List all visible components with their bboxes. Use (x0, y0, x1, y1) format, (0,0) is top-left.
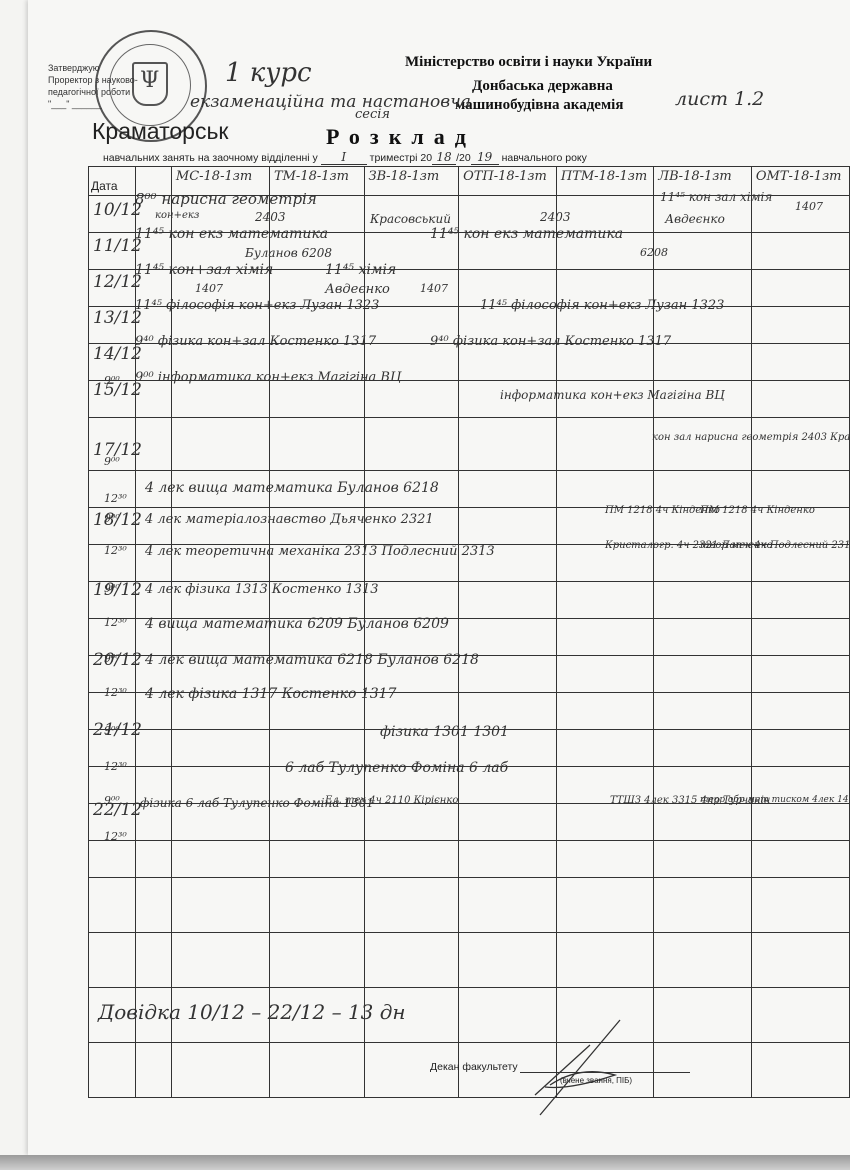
schedule-cell (751, 381, 849, 418)
schedule-cell (654, 878, 752, 933)
time-cell (136, 1043, 171, 1098)
schedule-entry: 2403 (540, 210, 571, 224)
schedule-entry: 1407 (420, 282, 448, 295)
university-line2: машинобудівна академія (455, 97, 623, 114)
university-line1: Донбаська державна (472, 78, 613, 95)
schedule-entry: кон+екз (155, 210, 199, 221)
schedule-cell (556, 841, 653, 878)
sheet-number: лист 1.2 (675, 88, 764, 110)
schedule-cell (654, 693, 752, 730)
schedule-cell (654, 344, 752, 381)
time-label: 9⁰⁰ (104, 455, 120, 468)
schedule-cell (364, 381, 459, 418)
schedule-cell (171, 381, 269, 418)
schedule-cell (459, 344, 557, 381)
table-row (89, 878, 850, 933)
schedule-cell (171, 841, 269, 878)
table-row (89, 933, 850, 988)
schedule-entry: 1407 (795, 200, 823, 213)
schedule-cell (751, 730, 849, 767)
trimester-value: I (321, 150, 367, 165)
schedule-entry: теор обр мет тиском 4лек 1419 4пр Абкарі (700, 795, 850, 805)
schedule-entry: 2403 (255, 210, 286, 224)
schedule-cell (364, 418, 459, 471)
schedule-cell (751, 933, 849, 988)
schedule-cell (459, 878, 557, 933)
schedule-cell (364, 841, 459, 878)
schedule-cell (364, 878, 459, 933)
document-title: Розклад (326, 124, 476, 150)
schedule-entry: 4 лек матеріалознавство Дьяченко 2321 (145, 512, 434, 527)
table-row (89, 381, 850, 418)
schedule-entry: 6208 (640, 246, 668, 259)
schedule-cell (751, 804, 849, 841)
schedule-cell (654, 656, 752, 693)
schedule-entry: 11⁴⁵ кон екз математика (430, 226, 623, 242)
schedule-entry: 8⁰⁰ нарисна геометрія (135, 190, 317, 208)
schedule-cell (171, 730, 269, 767)
schedule-cell (654, 1043, 752, 1098)
dean-signature (520, 1015, 630, 1125)
year-to: 19 (471, 150, 499, 165)
schedule-cell (751, 471, 849, 508)
schedule-cell (556, 656, 653, 693)
schedule-cell (459, 471, 557, 508)
schedule-cell (654, 841, 752, 878)
schedule-cell (364, 933, 459, 988)
time-cell (136, 841, 171, 878)
schedule-cell (654, 730, 752, 767)
time-label: 9⁰⁰ (104, 582, 120, 595)
schedule-cell (459, 841, 557, 878)
schedule-entry: 1407 (195, 282, 223, 295)
schedule-cell (654, 582, 752, 619)
schedule-cell (654, 418, 752, 471)
schedule-cell (654, 471, 752, 508)
schedule-entry: 11⁴⁵ філософія кон+екз Лузан 1323 (135, 298, 379, 313)
schedule-entry: 11⁴⁵ кон+зал хімія (135, 262, 273, 278)
schedule-cell (751, 307, 849, 344)
year-from: 18 (432, 150, 456, 165)
schedule-cell (751, 233, 849, 270)
schedule-cell (654, 619, 752, 656)
schedule-cell (364, 804, 459, 841)
time-cell (136, 933, 171, 988)
schedule-cell (654, 233, 752, 270)
schedule-cell (459, 619, 557, 656)
schedule-cell (556, 619, 653, 656)
schedule-entry: 4 вища математика 6209 Буланов 6209 (145, 616, 449, 632)
time-label: 12³⁰ (104, 760, 127, 773)
table-row (89, 418, 850, 471)
schedule-cell (751, 988, 849, 1043)
time-label: 12³⁰ (104, 830, 127, 843)
session-label-2: сесія (355, 107, 390, 122)
summary-note: Довідка 10/12 – 22/12 – 13 дн (98, 1000, 406, 1024)
ministry-name: Міністерство освіти і науки України (405, 54, 652, 71)
schedule-entry: 11⁴⁵ кон зал хімія (660, 190, 772, 204)
document-subtitle: навчальних занять на заочному відділенні… (103, 150, 587, 165)
schedule-entry: фізика 1301 1301 (380, 724, 509, 740)
schedule-entry: 4 лек вища математика Буланов 6218 (145, 480, 439, 496)
time-cell (136, 878, 171, 933)
date-cell (89, 933, 136, 988)
approval-block: Затверджую Проректор з науково- педагогі… (48, 62, 138, 110)
schedule-entry: Авдеєнко (325, 282, 390, 297)
time-label: 9⁰⁰ (104, 512, 120, 525)
schedule-entry: 9⁰⁰ інформатика кон+екз Магігіна ВЦ (135, 370, 401, 385)
schedule-entry: 11⁴⁵ кон екз математика (135, 226, 328, 242)
time-label: 9⁰⁰ (104, 374, 120, 387)
time-label: 12³⁰ (104, 544, 127, 557)
schedule-entry: інформатика кон+екз Магігіна ВЦ (500, 388, 725, 402)
schedule-cell (171, 418, 269, 471)
date-cell (89, 1043, 136, 1098)
schedule-entry: Буланов 6208 (245, 246, 332, 260)
schedule-entry: 11⁴⁵ хімія (325, 262, 396, 278)
date-cell (89, 841, 136, 878)
schedule-cell (171, 933, 269, 988)
schedule-cell (751, 841, 849, 878)
schedule-cell (459, 418, 557, 471)
date-cell (89, 878, 136, 933)
scan-edge (0, 1155, 850, 1170)
schedule-entry: 4 лек вища математика 6218 Буланов 6218 (145, 652, 479, 668)
schedule-cell (556, 933, 653, 988)
schedule-cell (556, 344, 653, 381)
group-header: ПТМ-18-1зт (556, 167, 653, 196)
schedule-cell (751, 344, 849, 381)
schedule-cell (171, 878, 269, 933)
group-header: ЗВ-18-1зт (364, 167, 459, 196)
schedule-entry: Красовський (370, 212, 451, 226)
schedule-entry: теор мех 4ч Подлесний 2313 (700, 540, 850, 551)
schedule-cell (459, 582, 557, 619)
schedule-cell (556, 878, 653, 933)
schedule-entry: 4 лек фізика 1317 Костенко 1317 (145, 686, 396, 702)
schedule-entry: 4 лек теоретична механіка 2313 Подлесний… (145, 544, 495, 559)
schedule-cell (751, 270, 849, 307)
schedule-cell (269, 1043, 364, 1098)
schedule-cell (556, 804, 653, 841)
schedule-cell (556, 418, 653, 471)
schedule-cell (171, 1043, 269, 1098)
schedule-cell (751, 418, 849, 471)
schedule-cell (654, 988, 752, 1043)
time-label: 12³⁰ (104, 616, 127, 629)
table-row (89, 841, 850, 878)
schedule-entry: 11⁴⁵ філософія кон+екз Лузан 1323 (480, 298, 724, 313)
schedule-cell (269, 878, 364, 933)
schedule-cell (654, 933, 752, 988)
schedule-cell (269, 418, 364, 471)
schedule-cell (751, 656, 849, 693)
session-label: екзаменаційна та настановча (190, 92, 471, 112)
schedule-cell (459, 933, 557, 988)
schedule-cell (556, 730, 653, 767)
time-label: 9⁰⁰ (104, 652, 120, 665)
schedule-entry: ПМ 1218 4ч Кінденко (700, 505, 815, 516)
time-label: 9⁰⁰ (104, 724, 120, 737)
schedule-cell (556, 582, 653, 619)
schedule-cell (459, 508, 557, 545)
schedule-entry: 9⁴⁰ фізика кон+зал Костенко 1317 (135, 334, 376, 349)
date-column-header: Дата (89, 167, 136, 196)
schedule-cell (269, 933, 364, 988)
schedule-cell (751, 582, 849, 619)
schedule-cell (751, 619, 849, 656)
schedule-cell (751, 878, 849, 933)
time-label: 12³⁰ (104, 686, 127, 699)
schedule-cell (459, 804, 557, 841)
schedule-entry: 9⁴⁰ фізика кон+зал Костенко 1317 (430, 334, 671, 349)
time-label: 9⁰⁰ (104, 794, 120, 807)
schedule-entry: Ел. тех 4ч 2110 Кірієнко (325, 795, 458, 806)
schedule-cell (751, 1043, 849, 1098)
course-label: 1 курс (225, 58, 312, 88)
schedule-cell (269, 841, 364, 878)
schedule-entry: Авдеєнко (665, 212, 725, 226)
schedule-entry: кон зал нарисна геометрія 2403 Красовськ… (652, 432, 850, 443)
city-name: Краматорськ (92, 118, 228, 145)
time-label: 12³⁰ (104, 492, 127, 505)
schedule-entry: 6 лаб Тулупенко Фоміна 6 лаб (285, 760, 508, 776)
schedule-cell (556, 693, 653, 730)
schedule-entry: 4 лек фізика 1313 Костенко 1313 (145, 582, 379, 597)
group-header: ОТП-18-1зт (459, 167, 557, 196)
schedule-cell (269, 381, 364, 418)
schedule-cell (654, 804, 752, 841)
schedule-cell (751, 693, 849, 730)
dean-label: Декан факультету (430, 1061, 518, 1073)
schedule-cell (556, 471, 653, 508)
